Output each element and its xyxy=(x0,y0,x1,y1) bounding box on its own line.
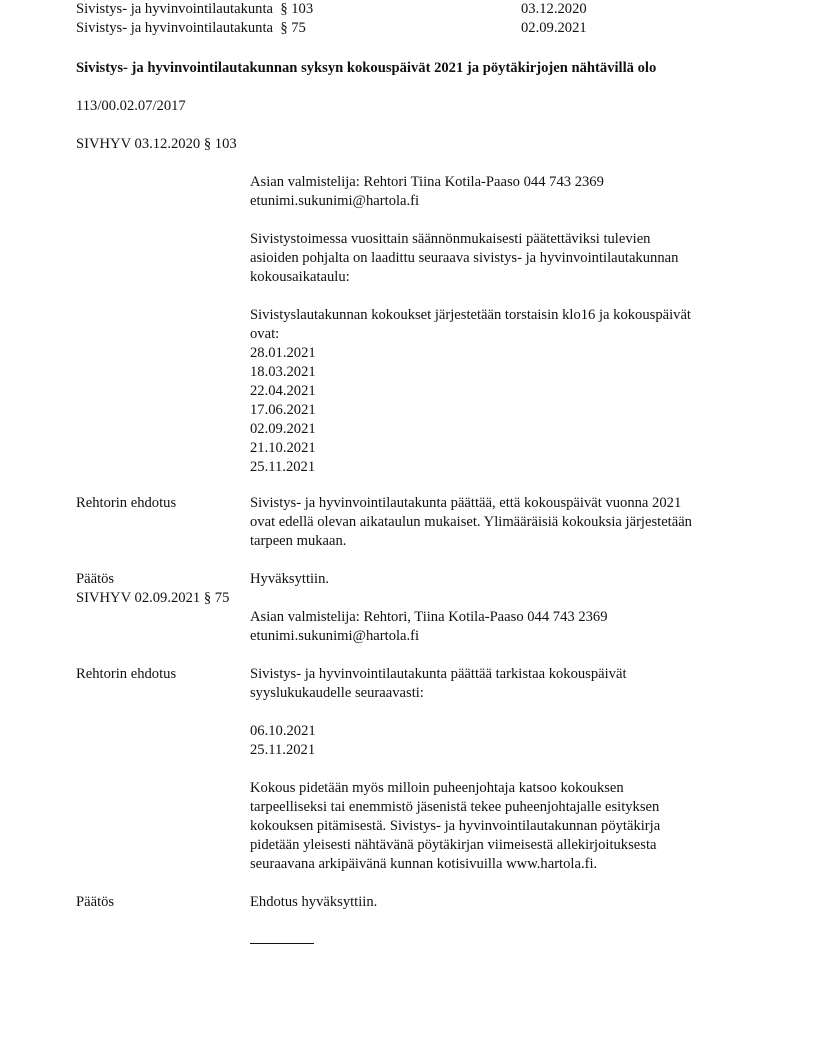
meeting-date: 25.11.2021 xyxy=(250,741,750,760)
preparer-email: etunimi.sukunimi@hartola.fi xyxy=(250,192,750,211)
note-line: pidetään yleisesti nähtävänä pöytäkirjan… xyxy=(250,836,750,855)
intro-line: Sivistystoimessa vuosittain säännönmukai… xyxy=(250,230,750,249)
meeting-2-reference: SIVHYV 02.09.2021 § 75 xyxy=(76,589,229,608)
meeting-date: 22.04.2021 xyxy=(250,382,750,401)
meeting-date: 06.10.2021 xyxy=(250,722,750,741)
note-line: seuraavana arkipäivänä kunnan kotisivuil… xyxy=(250,855,750,874)
schedule-line: Sivistyslautakunnan kokoukset järjestetä… xyxy=(250,306,750,325)
header-row-1-body: Sivistys- ja hyvinvointilautakunta § 103 xyxy=(76,0,313,19)
header-row-2-date: 02.09.2021 xyxy=(521,19,587,38)
header-row-2-body: Sivistys- ja hyvinvointilautakunta § 75 xyxy=(76,19,306,38)
meeting-2-preparer: Asian valmistelija: Rehtori, Tiina Kotil… xyxy=(250,608,750,646)
meeting-1-preparer: Asian valmistelija: Rehtori Tiina Kotila… xyxy=(250,173,750,211)
meeting-1-reference: SIVHYV 03.12.2020 § 103 xyxy=(76,135,237,154)
meeting-1-decision: Hyväksyttiin. xyxy=(250,570,329,589)
note-line: Kokous pidetään myös milloin puheenjohta… xyxy=(250,779,750,798)
meeting-2-note: Kokous pidetään myös milloin puheenjohta… xyxy=(250,779,750,874)
preparer-email: etunimi.sukunimi@hartola.fi xyxy=(250,627,750,646)
header-body-name: Sivistys- ja hyvinvointilautakunta xyxy=(76,1,273,17)
preparer-line: Asian valmistelija: Rehtori, Tiina Kotil… xyxy=(250,608,750,627)
preparer-line: Asian valmistelija: Rehtori Tiina Kotila… xyxy=(250,173,750,192)
proposal-line: syyslukukaudelle seuraavasti: xyxy=(250,684,750,703)
closing-divider xyxy=(250,943,314,944)
meeting-date: 18.03.2021 xyxy=(250,363,750,382)
meeting-1-intro: Sivistystoimessa vuosittain säännönmukai… xyxy=(250,230,750,287)
proposal-line: Sivistys- ja hyvinvointilautakunta päätt… xyxy=(250,665,750,684)
meeting-2-dates: 06.10.2021 25.11.2021 xyxy=(250,722,750,760)
meeting-1-decision-label: Päätös xyxy=(76,570,114,589)
meeting-2-proposal: Sivistys- ja hyvinvointilautakunta päätt… xyxy=(250,665,750,703)
record-number: 113/00.02.07/2017 xyxy=(76,97,186,116)
meeting-1-proposal-label: Rehtorin ehdotus xyxy=(76,494,176,513)
meeting-1-schedule: Sivistyslautakunnan kokoukset järjestetä… xyxy=(250,306,750,477)
intro-line: kokousaikataulu: xyxy=(250,268,750,287)
header-body-name: Sivistys- ja hyvinvointilautakunta xyxy=(76,20,273,36)
meeting-2-proposal-label: Rehtorin ehdotus xyxy=(76,665,176,684)
proposal-line: ovat edellä olevan aikataulun mukaiset. … xyxy=(250,513,750,532)
proposal-line: Sivistys- ja hyvinvointilautakunta päätt… xyxy=(250,494,750,513)
meeting-date: 02.09.2021 xyxy=(250,420,750,439)
document-title: Sivistys- ja hyvinvointilautakunnan syks… xyxy=(76,59,656,78)
meeting-2-decision-label: Päätös xyxy=(76,893,114,912)
intro-line: asioiden pohjalta on laadittu seuraava s… xyxy=(250,249,750,268)
meeting-2-decision: Ehdotus hyväksyttiin. xyxy=(250,893,377,912)
meeting-date: 21.10.2021 xyxy=(250,439,750,458)
proposal-line: tarpeen mukaan. xyxy=(250,532,750,551)
note-line: tarpeelliseksi tai enemmistö jäsenistä t… xyxy=(250,798,750,817)
note-line: kokouksen pitämisestä. Sivistys- ja hyvi… xyxy=(250,817,750,836)
schedule-line: ovat: xyxy=(250,325,750,344)
meeting-date: 17.06.2021 xyxy=(250,401,750,420)
header-section-number: § 103 xyxy=(280,1,313,17)
header-section-number: § 75 xyxy=(280,20,306,36)
header-row-1-date: 03.12.2020 xyxy=(521,0,587,19)
meeting-date: 28.01.2021 xyxy=(250,344,750,363)
meeting-1-proposal: Sivistys- ja hyvinvointilautakunta päätt… xyxy=(250,494,750,551)
meeting-date: 25.11.2021 xyxy=(250,458,750,477)
